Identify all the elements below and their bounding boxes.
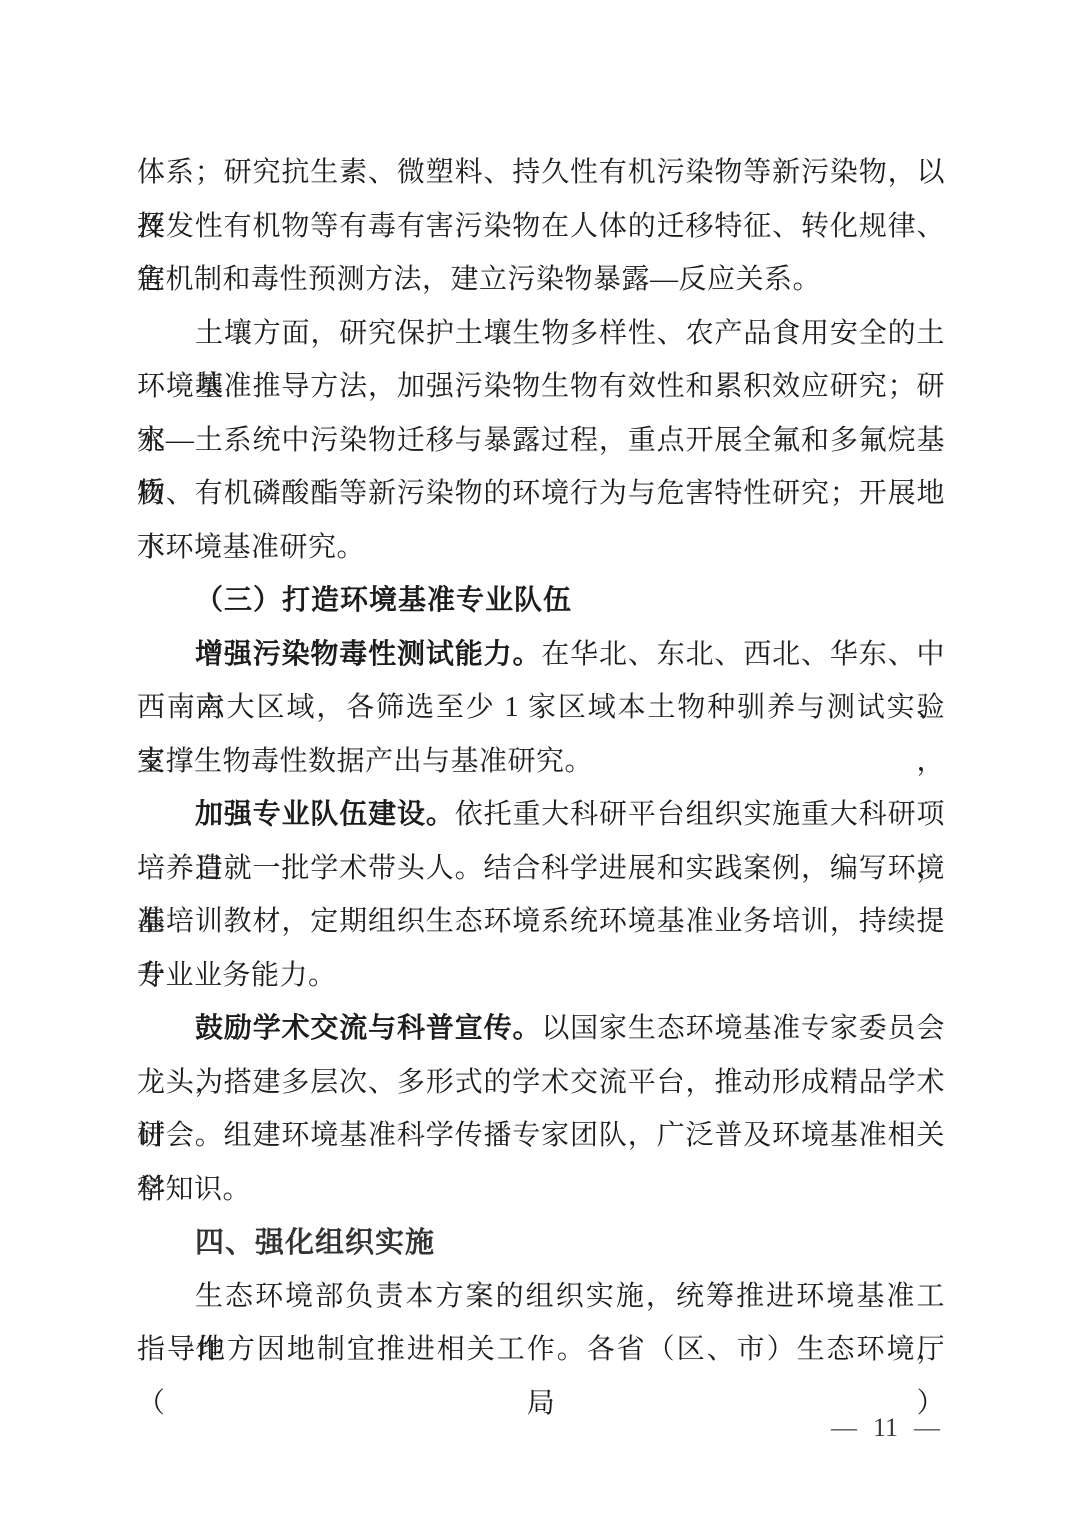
text-line: 增强污染物毒性测试能力。在华北、东北、西北、华东、中南、 [137,628,945,682]
text-run: 水环境基准研究。 [137,532,365,563]
text-line: 水—土系统中污染物迁移与暴露过程，重点开展全氟和多氟烷基物 [137,414,945,468]
text-line: 土壤方面，研究保护土壤生物多样性、农产品食用安全的土壤 [137,307,945,361]
page-footer: — 11 — [831,1408,940,1448]
bold-text-run: 四、强化组织实施 [195,1227,435,1259]
text-line: 加强专业队伍建设。依托重大科研平台组织实施重大科研项目， [137,788,945,842]
text-line: 准培训教材，定期组织生态环境系统环境基准业务培训，持续提升 [137,895,945,949]
text-line: 专业业务能力。 [137,949,945,1003]
text-line: 指导地方因地制宜推进相关工作。各省（区、市）生态环境厅（局） [137,1323,945,1377]
section-heading-3: （三）打造环境基准专业队伍 [137,574,945,628]
section-heading-4: 四、强化组织实施 [137,1216,945,1270]
text-line: 水环境基准研究。 [137,521,945,575]
text-run: 学知识。 [137,1174,251,1205]
text-run: 专业业务能力。 [137,960,337,991]
text-line: 生态环境部负责本方案的组织实施，统筹推进环境基准工作， [137,1270,945,1324]
document-page: 体系；研究抗生素、微塑料、持久性有机污染物等新污染物，以及挥发性有机物等有毒有害… [0,0,1080,1527]
bold-text-run: 加强专业队伍建设。 [195,799,455,830]
footer-dash-right: — [914,1408,940,1448]
text-line: 质、有机磷酸酯等新污染物的环境行为与危害特性研究；开展地下 [137,467,945,521]
text-line: 培养造就一批学术带头人。结合科学进展和实践案例，编写环境基 [137,842,945,896]
footer-dash-left: — [831,1408,857,1448]
bold-text-run: 增强污染物毒性测试能力。 [195,639,541,670]
text-line: 学知识。 [137,1163,945,1217]
text-line: 挥发性有机物等有毒有害污染物在人体的迁移特征、转化规律、危 [137,200,945,254]
text-line: 西南六大区域，各筛选至少 1 家区域本土物种驯养与测试实验室， [137,681,945,735]
document-body: 体系；研究抗生素、微塑料、持久性有机污染物等新污染物，以及挥发性有机物等有毒有害… [137,146,945,1377]
text-line: 鼓励学术交流与科普宣传。以国家生态环境基准专家委员会为 [137,1002,945,1056]
bold-text-run: （三）打造环境基准专业队伍 [195,585,572,616]
text-run: 支撑生物毒性数据产出与基准研究。 [137,746,593,777]
text-run: 指导地方因地制宜推进相关工作。各省（区、市）生态环境厅（局） [137,1334,945,1419]
text-line: 讨会。组建环境基准科学传播专家团队，广泛普及环境基准相关科 [137,1109,945,1163]
text-line: 害机制和毒性预测方法，建立污染物暴露—反应关系。 [137,253,945,307]
text-run: 害机制和毒性预测方法，建立污染物暴露—反应关系。 [137,264,821,295]
text-line: 体系；研究抗生素、微塑料、持久性有机污染物等新污染物，以及 [137,146,945,200]
text-line: 龙头，搭建多层次、多形式的学术交流平台，推动形成精品学术研 [137,1056,945,1110]
bold-text-run: 鼓励学术交流与科普宣传。 [195,1013,541,1044]
text-line: 环境基准推导方法，加强污染物生物有效性和累积效应研究；研究 [137,360,945,414]
page-number: 11 [873,1408,898,1448]
